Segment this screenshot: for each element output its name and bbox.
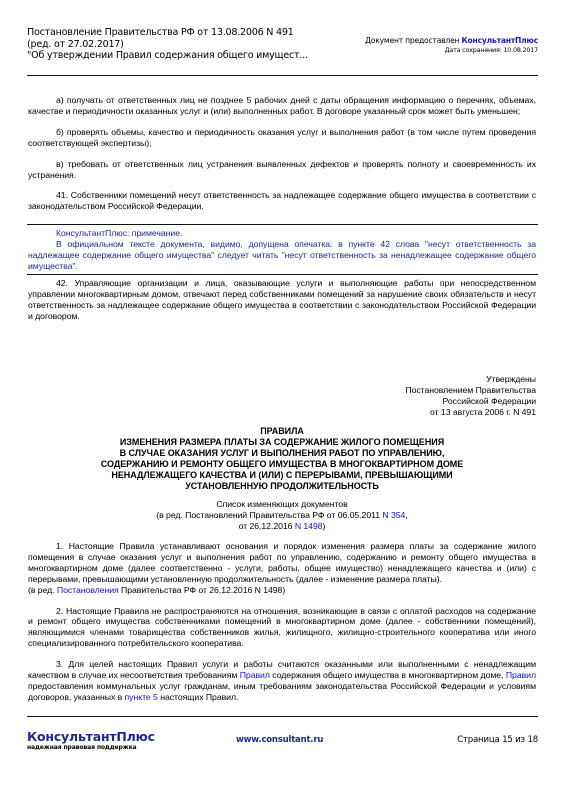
paragraph-v: в) требовать от ответственных лиц устран… [28,159,536,181]
paragraph-1-edition: (в ред. Постановления Правительства РФ о… [28,585,536,596]
document-header-provider: Документ предоставлен КонсультантПлюс Да… [365,36,538,55]
note-text: В официальном тексте документа, видимо, … [28,239,536,272]
paragraph-42: 42. Управляющие организации и лица, оказ… [28,278,536,322]
paragraph-3: 3. Для целей настоящих Правил услуги и р… [28,659,536,703]
note-title: КонсультантПлюс: примечание. [28,228,536,239]
clause-5-link[interactable]: пункте 5 [125,692,158,702]
rules-title: ПРАВИЛА ИЗМЕНЕНИЯ РАЗМЕРА ПЛАТЫ ЗА СОДЕР… [28,426,536,491]
brand-tagline: надежная правовая поддержка [27,744,155,752]
consultant-note: КонсультантПлюс: примечание. В официальн… [28,228,536,272]
page-number: Страница 15 из 18 [457,735,538,745]
approved-line: Постановлением Правительства [28,385,536,396]
edition-link[interactable]: Постановления [57,585,119,595]
title-line: СОДЕРЖАНИЮ И РЕМОНТУ ОБЩЕГО ИМУЩЕСТВА В … [28,459,536,470]
provided-by-label: Документ предоставлен [365,36,461,45]
title-line: УСТАНОВЛЕННУЮ ПРОДОЛЖИТЕЛЬНОСТЬ [28,481,536,492]
footer-brand: КонсультантПлюс надежная правовая поддер… [27,730,155,752]
amendments-block: Список изменяющих документов (в ред. Пос… [28,499,536,532]
document-body-rules: 1. Настоящие Правила устанавливают основ… [28,541,536,703]
title-line: ИЗМЕНЕНИЯ РАЗМЕРА ПЛАТЫ ЗА СОДЕРЖАНИЕ ЖИ… [28,437,536,448]
p3-text: предоставления коммунальных услуг гражда… [28,681,536,702]
doc-title-line: (ред. от 27.02.2017) [27,39,308,51]
p3-text: настоящих Правил. [158,692,239,702]
amend-text: , [405,510,407,520]
approval-block: Утверждены Постановлением Правительства … [28,374,536,418]
doc-title-line: "Об утверждении Правил содержания общего… [27,50,308,62]
document-header-title: Постановление Правительства РФ от 13.08.… [27,27,308,62]
edition-text: (в ред. [28,585,57,595]
footer-divider [27,716,538,717]
document-body: а) получать от ответственных лиц не позд… [28,95,536,212]
paragraph-2: 2. Настоящие Правила не распространяются… [28,606,536,650]
header-divider [27,75,538,76]
amend-text: (в ред. Постановлений Правительства РФ о… [156,510,382,520]
title-line: НЕНАДЛЕЖАЩЕГО КАЧЕСТВА И (ИЛИ) С ПЕРЕРЫВ… [28,470,536,481]
paragraph-41: 41. Собственники помещений несут ответст… [28,190,536,212]
approved-line: Утверждены [28,374,536,385]
approved-line: Российской Федерации [28,396,536,407]
p3-text: содержания общего имущества в многокварт… [270,670,506,680]
save-date: Дата сохранения: 10.08.2017 [365,46,538,55]
title-line: ПРАВИЛА [28,426,536,437]
note-bottom-divider [27,274,538,275]
amend-text: ) [323,521,326,531]
rules-link-maintenance[interactable]: Правил [240,670,270,680]
doc-title-line: Постановление Правительства РФ от 13.08.… [27,27,308,39]
paragraph-a: а) получать от ответственных лиц не позд… [28,95,536,117]
title-line: В СЛУЧАЕ ОКАЗАНИЯ УСЛУГ И ВЫПОЛНЕНИЯ РАБ… [28,448,536,459]
paragraph-1: 1. Настоящие Правила устанавливают основ… [28,541,536,585]
document-body-42: 42. Управляющие организации и лица, оказ… [28,278,536,322]
consultant-logo: КонсультантПлюс [27,730,155,744]
amend-link-354[interactable]: N 354 [382,510,405,520]
provider-brand: КонсультантПлюс [462,36,538,45]
amend-link-1498[interactable]: N 1498 [295,521,323,531]
paragraph-b: б) проверять объемы, качество и периодич… [28,127,536,149]
edition-text: Правительства РФ от 26.12.2016 N 1498) [119,585,286,595]
rules-link-utilities[interactable]: Правил [506,670,536,680]
approved-line: от 13 августа 2006 г. N 491 [28,407,536,418]
note-top-divider [27,224,538,225]
amendments-heading: Список изменяющих документов [28,499,536,510]
amend-text: от 26.12.2016 [239,521,295,531]
footer-url-link[interactable]: www.consultant.ru [236,735,323,745]
